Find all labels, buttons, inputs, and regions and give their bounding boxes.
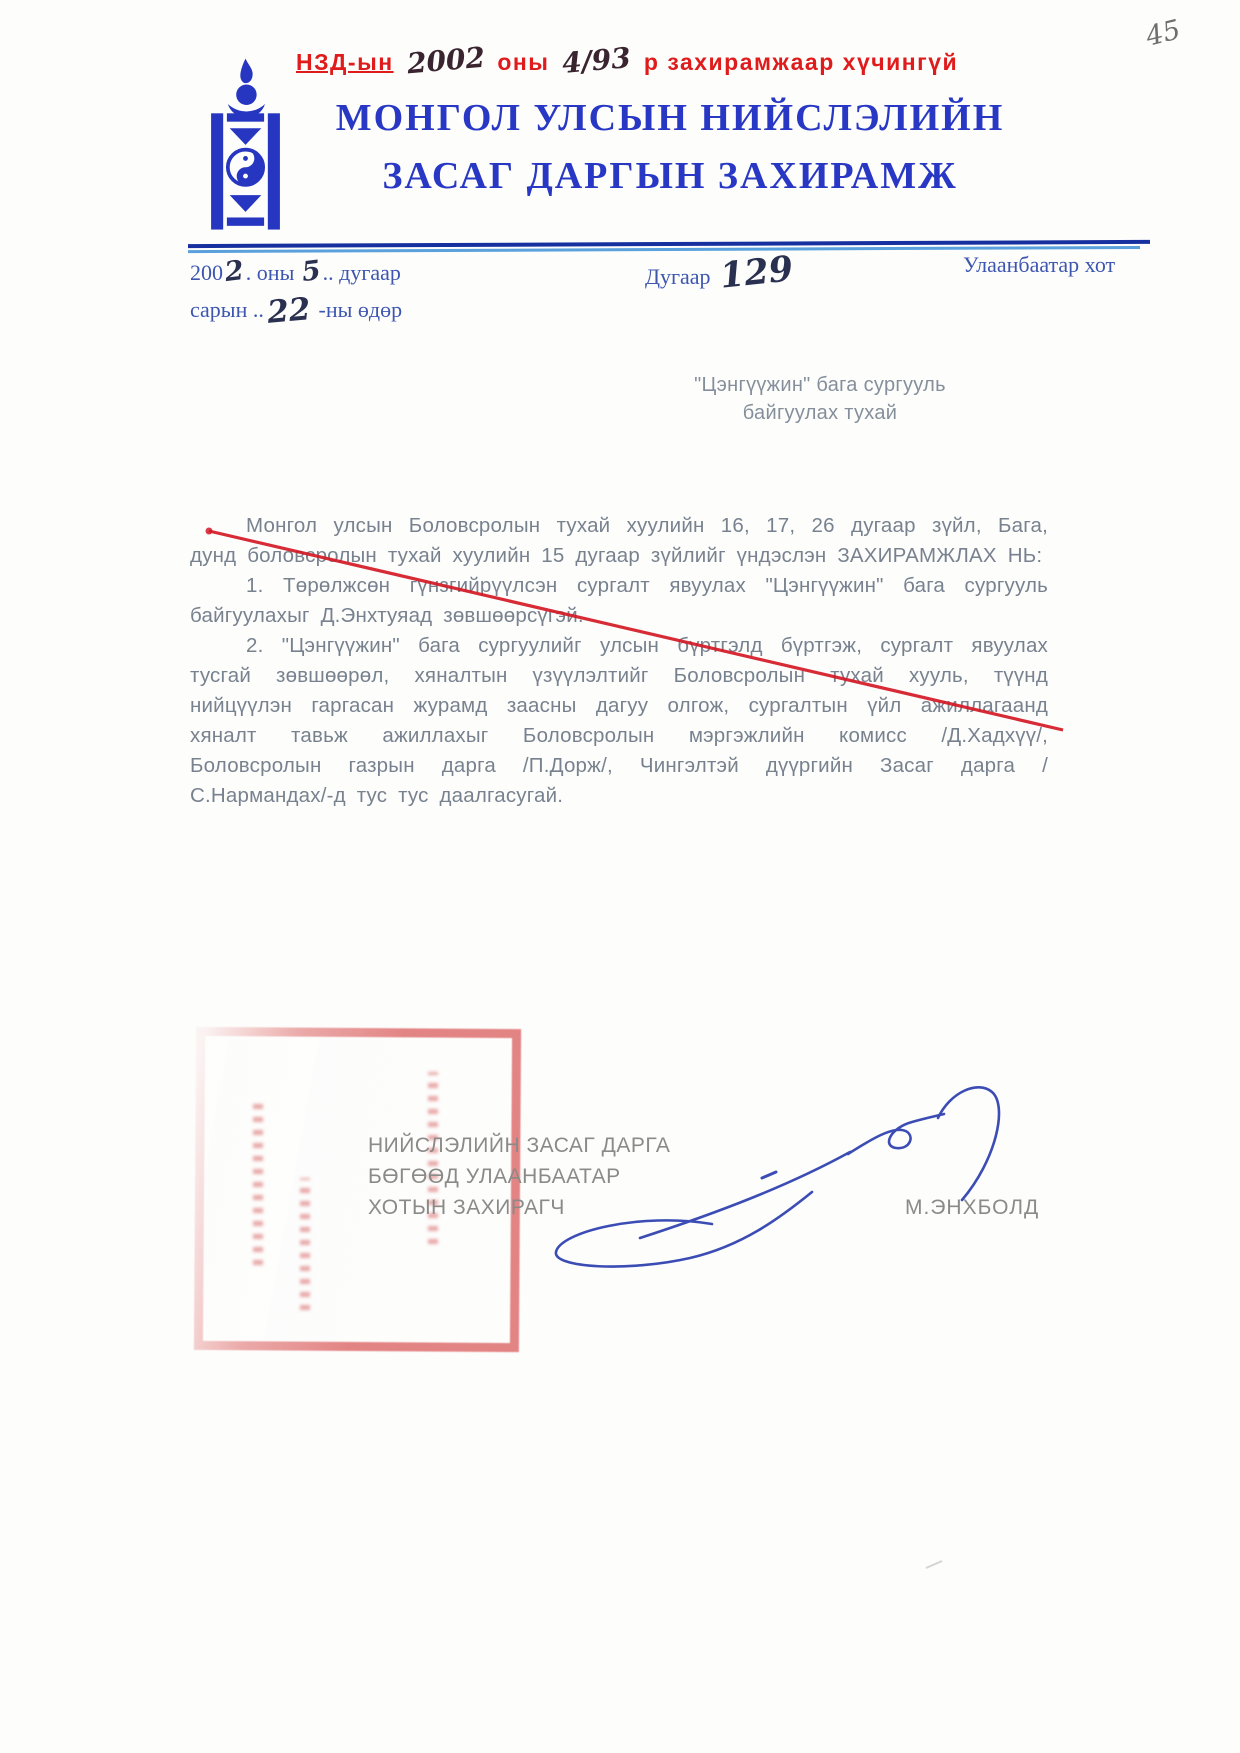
cancellation-stamp-text: НЗД-ын 2002 оны 4/93 р захирамжаар хүчин…	[296, 44, 958, 77]
date-year-handwritten: 2	[223, 254, 246, 290]
signatory-title-line1: НИЙСЛЭЛИЙН ЗАСАГ ДАРГА	[368, 1130, 670, 1161]
date-suffix: .. дугаар	[323, 260, 401, 285]
stamp-inner-mark	[253, 1100, 263, 1265]
pencil-check-mark	[926, 1561, 942, 1568]
cancel-prefix: НЗД-ын	[296, 49, 394, 75]
signatory-title-line3: ХОТЫН ЗАХИРАГЧ	[368, 1192, 670, 1223]
subject-line-2: байгуулах тухай	[620, 399, 1020, 427]
decree-number-block: Дугаар 129	[645, 252, 793, 293]
signatory-title-line2: БӨГӨӨД УЛААНБААТАР	[368, 1161, 670, 1192]
paragraph-item-2: 2. "Цэнгүүжин" бага сургуулийг улсын бүр…	[190, 631, 1048, 811]
date2-prefix: сарын ..	[190, 297, 264, 322]
date-block: 2002. оны 5.. дугаар сарын ..22 -ны өдөр	[190, 255, 402, 327]
date2-suffix: -ны өдөр	[319, 297, 403, 322]
date-line-1: 2002. оны 5.. дугаар	[190, 255, 402, 290]
date-month-handwritten: 5	[300, 254, 323, 290]
signatory-title-block: НИЙСЛЭЛИЙН ЗАСАГ ДАРГА БӨГӨӨД УЛААНБААТА…	[368, 1130, 670, 1223]
document-title-line2: ЗАСАГ ДАРГЫН ЗАХИРАМЖ	[290, 154, 1050, 198]
paragraph-intro: Монгол улсын Боловсролын тухай хуулийн 1…	[190, 511, 1048, 571]
cancel-suffix: р захирамжаар хүчингүй	[644, 49, 958, 75]
city-label: Улаанбаатар хот	[963, 252, 1115, 278]
date-mid: . оны	[246, 260, 295, 285]
soyombo-emblem-icon	[199, 52, 292, 236]
paragraph-item-1: 1. Төрөлжсөн гүнзгийрүүлсэн сургалт явуу…	[190, 571, 1048, 631]
cancel-year-handwritten: 2002	[405, 41, 486, 81]
subject-block: "Цэнгүүжин" бага сургууль байгуулах туха…	[620, 371, 1020, 427]
document-title-line1: МОНГОЛ УЛСЫН НИЙСЛЭЛИЙН	[290, 96, 1050, 140]
document-page: 45 НЗД-ын 2002 оны 4/93 р захирамжаар хү…	[0, 0, 1240, 1753]
date-day-handwritten: 22	[266, 292, 312, 330]
subject-line-1: "Цэнгүүжин" бага сургууль	[620, 371, 1020, 399]
decree-number-handwritten: 129	[718, 248, 795, 296]
cancel-middle: оны	[497, 49, 549, 75]
date-line-2: сарын ..22 -ны өдөр	[190, 290, 402, 327]
date-prefix: 200	[190, 260, 223, 285]
page-corner-number: 45	[1143, 14, 1184, 52]
decree-body: Монгол улсын Боловсролын тухай хуулийн 1…	[190, 511, 1048, 811]
signatory-name: М.ЭНХБОЛД	[905, 1196, 1039, 1220]
cancel-number-handwritten: 4/93	[561, 41, 632, 80]
decree-number-label: Дугаар	[645, 264, 711, 289]
stamp-inner-mark	[300, 1178, 310, 1310]
